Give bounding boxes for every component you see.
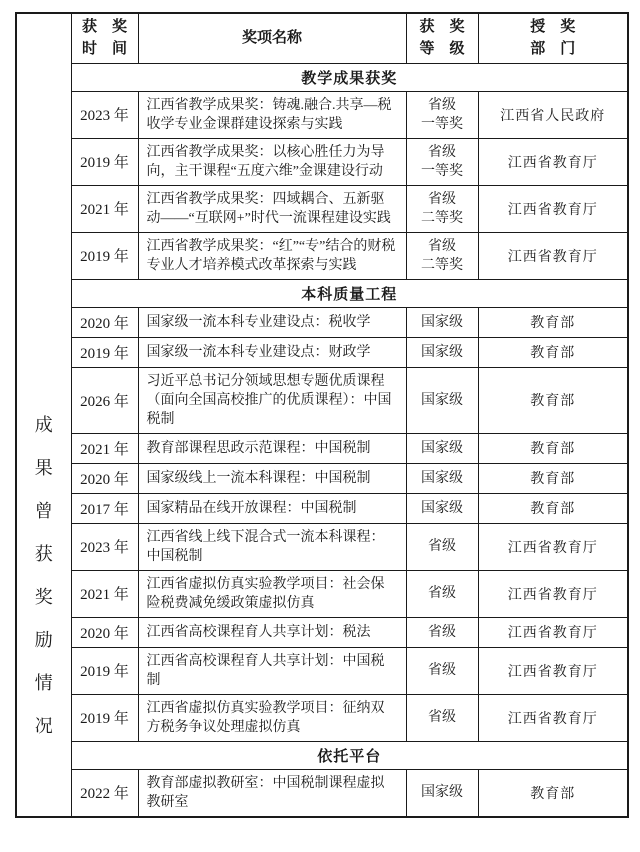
side-label-char: 获 [35,545,53,563]
award-year-cell: 2021 年 [71,570,138,617]
award-dept-cell: 江西省教育厅 [478,647,628,694]
award-level-cell: 国家级 [406,463,478,493]
award-dept-cell: 教育部 [478,433,628,463]
award-dept-cell: 江西省教育厅 [478,570,628,617]
section-title: 本科质量工程 [71,279,628,307]
award-dept-cell: 江西省教育厅 [478,523,628,570]
award-year-cell: 2020 年 [71,463,138,493]
section-title: 教学成果获奖 [71,63,628,91]
award-name-cell: 江西省教学成果奖：“红”“专”结合的财税专业人才培养模式改革探索与实践 [138,232,406,279]
side-label-char: 曾 [35,502,53,520]
section-title: 依托平台 [71,741,628,769]
table-row: 2019 年 江西省高校课程育人共享计划：中国税制 省级 江西省教育厅 [16,647,628,694]
award-year-cell: 2021 年 [71,433,138,463]
section-row: 本科质量工程 [16,279,628,307]
award-level-cell: 省级 [406,523,478,570]
table-row: 2021 年 教育部课程思政示范课程：中国税制 国家级 教育部 [16,433,628,463]
award-level-cell: 省级 一等奖 [406,91,478,138]
award-year-cell: 2023 年 [71,91,138,138]
award-year-cell: 2020 年 [71,307,138,337]
award-year-cell: 2019 年 [71,647,138,694]
side-vertical-label: 成 果 曾 获 奖 励 情 况 [18,94,70,735]
table-row: 2023 年 江西省线上线下混合式一流本科课程：中国税制 省级 江西省教育厅 [16,523,628,570]
award-name-cell: 教育部虚拟教研室：中国税制课程虚拟教研室 [138,769,406,817]
award-name-cell: 江西省虚拟仿真实验教学项目：征纳双方税务争议处理虚拟仿真 [138,694,406,741]
side-label-char: 成 [35,416,53,434]
award-year-cell: 2019 年 [71,694,138,741]
award-level-cell: 省级 一等奖 [406,138,478,185]
award-dept-cell: 江西省教育厅 [478,694,628,741]
award-name-cell: 习近平总书记分领域思想专题优质课程（面向全国高校推广的优质课程）：中国税制 [138,367,406,433]
award-year-cell: 2021 年 [71,185,138,232]
side-label-char: 奖 [35,588,53,606]
award-level-cell: 国家级 [406,367,478,433]
award-level-cell: 省级 二等奖 [406,232,478,279]
table-row: 2020 年 国家级线上一流本科课程：中国税制 国家级 教育部 [16,463,628,493]
award-year-cell: 2019 年 [71,337,138,367]
table-row: 2019 年 江西省教学成果奖：“红”“专”结合的财税专业人才培养模式改革探索与… [16,232,628,279]
award-dept-cell: 教育部 [478,307,628,337]
award-dept-cell: 教育部 [478,367,628,433]
side-label-char: 果 [35,459,53,477]
table-row: 2021 年 江西省教学成果奖：四域耦合、五新驱动——“互联网+”时代一流课程建… [16,185,628,232]
side-category-cell: 成 果 曾 获 奖 励 情 况 [16,13,71,817]
award-name-cell: 江西省教学成果奖：四域耦合、五新驱动——“互联网+”时代一流课程建设实践 [138,185,406,232]
award-level-cell: 国家级 [406,493,478,523]
award-year-cell: 2026 年 [71,367,138,433]
table-row: 2017 年 国家精品在线开放课程：中国税制 国家级 教育部 [16,493,628,523]
award-level-cell: 省级 二等奖 [406,185,478,232]
award-dept-cell: 教育部 [478,463,628,493]
award-name-cell: 国家级一流本科专业建设点：财政学 [138,337,406,367]
award-year-cell: 2022 年 [71,769,138,817]
award-year-cell: 2019 年 [71,138,138,185]
award-level-cell: 国家级 [406,337,478,367]
award-name-cell: 江西省教学成果奖：铸魂.融合.共享—税收学专业金课群建设探索与实践 [138,91,406,138]
award-name-cell: 国家精品在线开放课程：中国税制 [138,493,406,523]
table-row: 2019 年 江西省虚拟仿真实验教学项目：征纳双方税务争议处理虚拟仿真 省级 江… [16,694,628,741]
award-name-cell: 国家级线上一流本科课程：中国税制 [138,463,406,493]
column-header-department: 授 奖 部 门 [478,13,628,63]
award-name-cell: 江西省高校课程育人共享计划：中国税制 [138,647,406,694]
document-page: 成 果 曾 获 奖 励 情 况 获 奖 时 间 奖项名称 获 奖 等 级 授 奖… [0,0,640,852]
table-row: 2020 年 国家级一流本科专业建设点：税收学 国家级 教育部 [16,307,628,337]
side-label-char: 情 [35,674,53,692]
award-name-cell: 江西省虚拟仿真实验教学项目：社会保险税费减免缓政策虚拟仿真 [138,570,406,617]
side-label-char: 况 [35,717,53,735]
award-level-cell: 省级 [406,694,478,741]
section-row: 依托平台 [16,741,628,769]
award-name-cell: 江西省高校课程育人共享计划：税法 [138,617,406,647]
award-level-cell: 省级 [406,647,478,694]
award-name-cell: 江西省教学成果奖：以核心胜任力为导向，主干课程“五度六维”金课建设行动 [138,138,406,185]
award-dept-cell: 教育部 [478,493,628,523]
award-dept-cell: 江西省教育厅 [478,185,628,232]
header-row: 成 果 曾 获 奖 励 情 况 获 奖 时 间 奖项名称 获 奖 等 级 授 奖… [16,13,628,63]
award-level-cell: 省级 [406,617,478,647]
award-dept-cell: 江西省教育厅 [478,617,628,647]
table-row: 2026 年 习近平总书记分领域思想专题优质课程（面向全国高校推广的优质课程）：… [16,367,628,433]
table-row: 2022 年 教育部虚拟教研室：中国税制课程虚拟教研室 国家级 教育部 [16,769,628,817]
column-header-award-name: 奖项名称 [138,13,406,63]
award-level-cell: 国家级 [406,769,478,817]
column-header-time: 获 奖 时 间 [71,13,138,63]
award-dept-cell: 江西省人民政府 [478,91,628,138]
table-row: 2023 年 江西省教学成果奖：铸魂.融合.共享—税收学专业金课群建设探索与实践… [16,91,628,138]
table-row: 2019 年 国家级一流本科专业建设点：财政学 国家级 教育部 [16,337,628,367]
award-year-cell: 2023 年 [71,523,138,570]
award-year-cell: 2017 年 [71,493,138,523]
side-label-char: 励 [35,631,53,649]
award-name-cell: 教育部课程思政示范课程：中国税制 [138,433,406,463]
award-dept-cell: 教育部 [478,769,628,817]
award-dept-cell: 教育部 [478,337,628,367]
award-name-cell: 江西省线上线下混合式一流本科课程：中国税制 [138,523,406,570]
table-row: 2020 年 江西省高校课程育人共享计划：税法 省级 江西省教育厅 [16,617,628,647]
award-dept-cell: 江西省教育厅 [478,138,628,185]
award-level-cell: 国家级 [406,433,478,463]
award-year-cell: 2019 年 [71,232,138,279]
award-level-cell: 省级 [406,570,478,617]
table-row: 2021 年 江西省虚拟仿真实验教学项目：社会保险税费减免缓政策虚拟仿真 省级 … [16,570,628,617]
award-dept-cell: 江西省教育厅 [478,232,628,279]
award-level-cell: 国家级 [406,307,478,337]
awards-table: 成 果 曾 获 奖 励 情 况 获 奖 时 间 奖项名称 获 奖 等 级 授 奖… [15,12,629,818]
table-row: 2019 年 江西省教学成果奖：以核心胜任力为导向，主干课程“五度六维”金课建设… [16,138,628,185]
column-header-level: 获 奖 等 级 [406,13,478,63]
section-row: 教学成果获奖 [16,63,628,91]
award-name-cell: 国家级一流本科专业建设点：税收学 [138,307,406,337]
award-year-cell: 2020 年 [71,617,138,647]
